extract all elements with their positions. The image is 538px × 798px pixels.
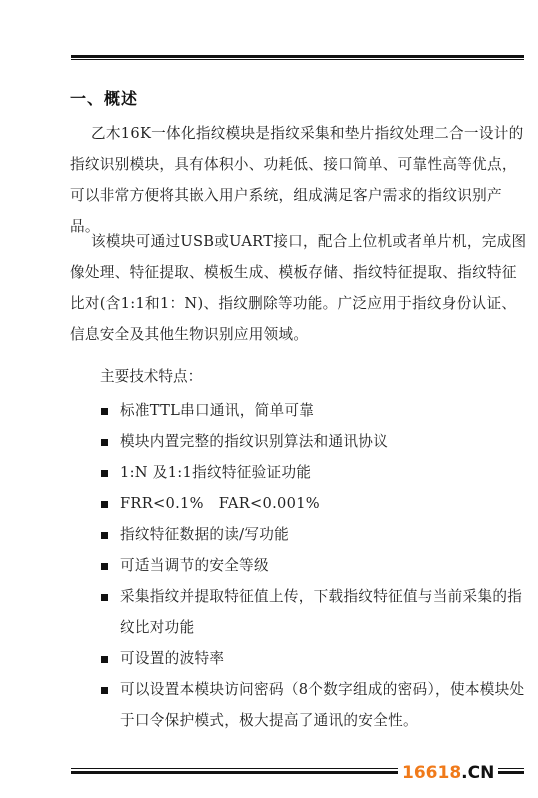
- watermark-logo: 16618.CN: [398, 763, 498, 783]
- feature-text: 采集指纹并提取特征值上传，下载指纹特征值与当前采集的指纹比对功能: [120, 588, 522, 636]
- feature-item: FRR<0.1% FAR<0.001%: [100, 488, 530, 519]
- feature-item: 可设置的波特率: [100, 643, 530, 674]
- black-square-icon: [101, 408, 108, 415]
- feature-item: 标准TTL串口通讯，简单可靠: [100, 395, 530, 426]
- feature-text: 模块内置完整的指纹识别算法和通讯协议: [120, 433, 388, 450]
- header-double-rule: [71, 55, 524, 61]
- black-square-icon: [101, 656, 108, 663]
- black-square-icon: [101, 501, 108, 508]
- feature-text: 可以设置本模块访问密码（8个数字组成的密码），使本模块处于口令保护模式，极大提高…: [120, 681, 524, 729]
- black-square-icon: [101, 439, 108, 446]
- black-square-icon: [101, 470, 108, 477]
- feature-text: 标准TTL串口通讯，简单可靠: [120, 402, 314, 419]
- feature-text: 1:N 及1:1指纹特征验证功能: [120, 464, 311, 481]
- feature-item: 指纹特征数据的读/写功能: [100, 519, 530, 550]
- features-list: 标准TTL串口通讯，简单可靠 模块内置完整的指纹识别算法和通讯协议 1:N 及1…: [100, 395, 530, 736]
- header-rule-thin: [71, 59, 524, 60]
- watermark-tld: .CN: [461, 763, 494, 783]
- feature-item: 可适当调节的安全等级: [100, 550, 530, 581]
- paragraph-functions: 该模块可通过USB或UART接口，配合上位机或者单片机，完成图像处理、特征提取、…: [70, 226, 530, 350]
- black-square-icon: [101, 594, 108, 601]
- header-rule-thick: [71, 55, 524, 58]
- watermark-number: 16618: [402, 763, 461, 783]
- features-title: 主要技术特点：: [100, 365, 202, 386]
- feature-text: 可设置的波特率: [120, 650, 224, 667]
- feature-item: 1:N 及1:1指纹特征验证功能: [100, 457, 530, 488]
- section-heading: 一、概述: [70, 86, 138, 109]
- feature-text: FRR<0.1% FAR<0.001%: [120, 495, 320, 512]
- feature-text: 可适当调节的安全等级: [120, 557, 269, 574]
- black-square-icon: [101, 687, 108, 694]
- feature-item: 模块内置完整的指纹识别算法和通讯协议: [100, 426, 530, 457]
- paragraph-overview: 乙木16K一体化指纹模块是指纹采集和垫片指纹处理二合一设计的指纹识别模块，具有体…: [70, 118, 530, 242]
- feature-item: 采集指纹并提取特征值上传，下载指纹特征值与当前采集的指纹比对功能: [100, 581, 530, 643]
- feature-item: 可以设置本模块访问密码（8个数字组成的密码），使本模块处于口令保护模式，极大提高…: [100, 674, 530, 736]
- black-square-icon: [101, 563, 108, 570]
- black-square-icon: [101, 532, 108, 539]
- feature-text: 指纹特征数据的读/写功能: [120, 526, 289, 543]
